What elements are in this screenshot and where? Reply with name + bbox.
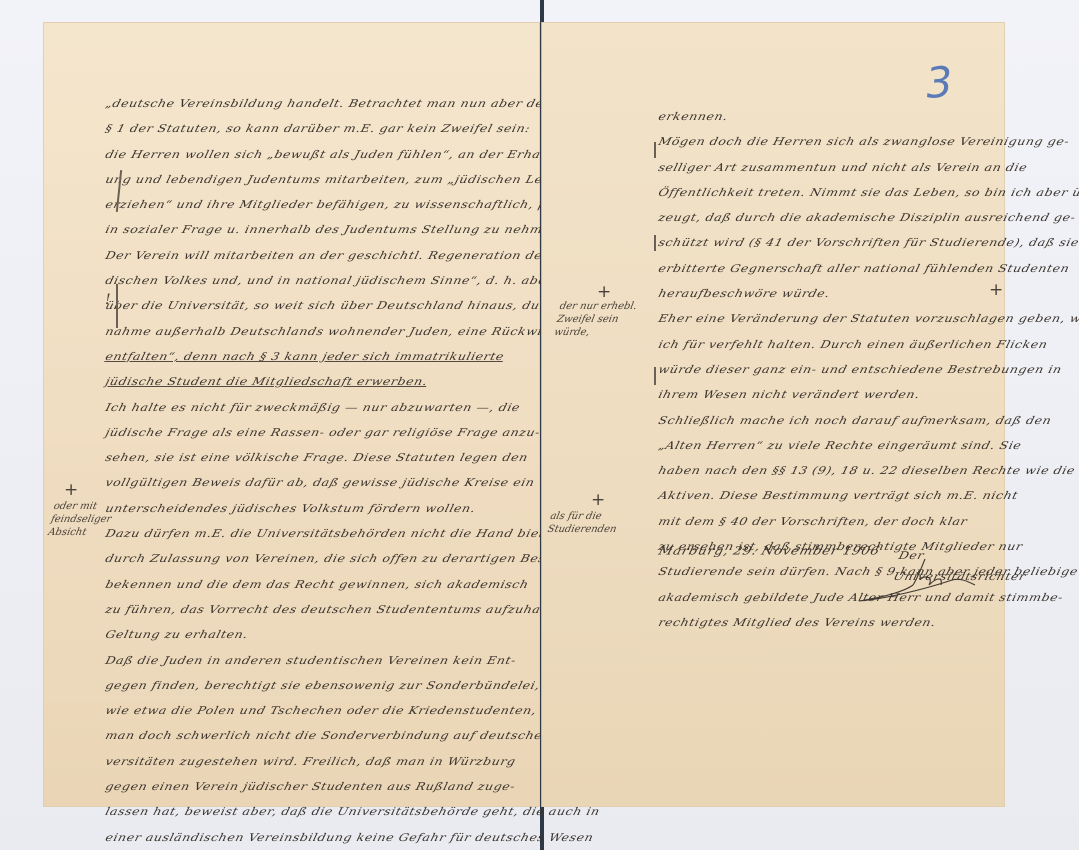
text-line: man doch schwerlich nicht die Sonderverb… [103,721,614,746]
text-line: einer ausländischen Vereinsbildung keine… [103,823,614,848]
text-line: haben nach den §§ 13 (9), 18 u. 22 diese… [656,456,1079,481]
text-line: selliger Art zusammentun und nicht als V… [656,153,1079,178]
text-line: Eher eine Veränderung der Statuten vorzu… [656,304,1079,329]
margin-exclamation: ! [105,292,111,308]
text-line: nahme außerhalb Deutschlands wohnender J… [103,317,614,342]
text-line: Schließlich mache ich noch darauf aufmer… [656,406,1079,431]
text-line: Dazu dürfen m.E. die Universitätsbehörde… [103,519,614,544]
text-line: Mögen doch die Herren sich als zwanglose… [656,127,1079,152]
text-line: „deutsche Vereinsbildung handelt. Betrac… [103,89,614,114]
text-line: erziehen“ und ihre Mitglieder befähigen,… [103,190,614,215]
insertion-cross-icon: + [64,482,78,499]
text-line: entfalten“, denn nach § 3 kann jeder sic… [103,342,614,367]
text-line: gegen einen Verein jüdischer Studenten a… [103,772,614,797]
left-page: „deutsche Vereinsbildung handelt. Betrac… [43,22,540,807]
margin-bar [654,142,656,158]
text-line: zeugt, daß durch die akademische Diszipl… [656,203,1079,228]
text-line: durch Zulassung von Vereinen, die sich o… [103,544,614,569]
text-line: erbitterte Gegnerschaft aller national f… [656,254,1079,279]
text-line: heraufbeschwöre würde. [656,279,1079,304]
text-line: lassen hat, beweist aber, daß die Univer… [103,797,614,822]
text-line: sehen, sie ist eine völkische Frage. Die… [103,443,614,468]
right-page: 3 erkennen. Mögen doch die Herren sich a… [541,22,1005,807]
text-line: rechtigtes Mitglied des Vereins werden. [656,608,1079,633]
text-line: § 1 der Statuten, so kann darüber m.E. g… [103,114,614,139]
text-line: jüdische Student die Mitgliedschaft erwe… [103,367,614,392]
text-line: unterscheidendes jüdisches Volkstum förd… [103,494,614,519]
text-line: schützt wird (§ 41 der Vorschriften für … [656,228,1079,253]
date-line: Marburg, 29. November 1906 [656,537,877,562]
text-line: Der Verein will mitarbeiten an der gesch… [103,241,614,266]
margin-bar [654,367,656,385]
insertion-cross-icon: + [591,492,605,509]
text-line: versitäten zugestehen wird. Freilich, da… [103,747,614,772]
margin-bar [654,235,656,251]
insertion-cross-icon: + [597,284,611,301]
text-line: in sozialer Frage u. innerhalb des Juden… [103,215,614,240]
text-line: Daß die Juden in anderen studentischen V… [103,646,614,671]
text-line: würde dieser ganz ein- und entschiedene … [656,355,1079,380]
text-line: Öffentlichkeit treten. Nimmt sie das Leb… [656,178,1079,203]
text-line: ich für verfehlt halten. Durch einen äuß… [656,330,1079,355]
text-line: Geltung zu erhalten. [103,620,614,645]
margin-note: der nur erhebl. Zweifel sein würde, [553,300,646,339]
signature [855,555,985,605]
text-line: „Alten Herren“ zu viele Rechte eingeräum… [656,431,1079,456]
left-page-text: „deutsche Vereinsbildung handelt. Betrac… [103,89,614,848]
margin-bracket [116,284,118,328]
text-line: ihrem Wesen nicht verändert werden. [656,380,1079,405]
text-line: mit dem § 40 der Vorschriften, der doch … [656,507,1079,532]
text-line: Ich halte es nicht für zweckmäßig — nur … [103,393,614,418]
margin-note: oder mit feindseliger Absicht [47,500,115,539]
text-line: jüdische Frage als eine Rassen- oder gar… [103,418,614,443]
text-line: zu führen, das Vorrecht des deutschen St… [103,595,614,620]
text-line: vollgültigen Beweis dafür ab, daß gewiss… [103,468,614,493]
insertion-cross-icon: + [989,282,1003,299]
text-line: gegen finden, berechtigt sie ebensowenig… [103,671,614,696]
text-line: bekennen und die dem das Recht gewinnen,… [103,570,614,595]
text-line: über die Universität, so weit sich über … [103,291,614,316]
fold-line [541,22,542,807]
margin-note: als für die Studierenden [546,510,652,536]
text-line: ung und lebendigen Judentums mitarbeiten… [103,165,614,190]
text-line: die Herren wollen sich „bewußt als Juden… [103,140,614,165]
text-line: erkennen. [656,102,1079,127]
text-line: dischen Volkes und, und in national jüdi… [103,266,614,291]
text-line: wie etwa die Polen und Tschechen oder di… [103,696,614,721]
folio-number: 3 [925,57,955,108]
text-line: Aktiven. Diese Bestimmung verträgt sich … [656,481,1079,506]
